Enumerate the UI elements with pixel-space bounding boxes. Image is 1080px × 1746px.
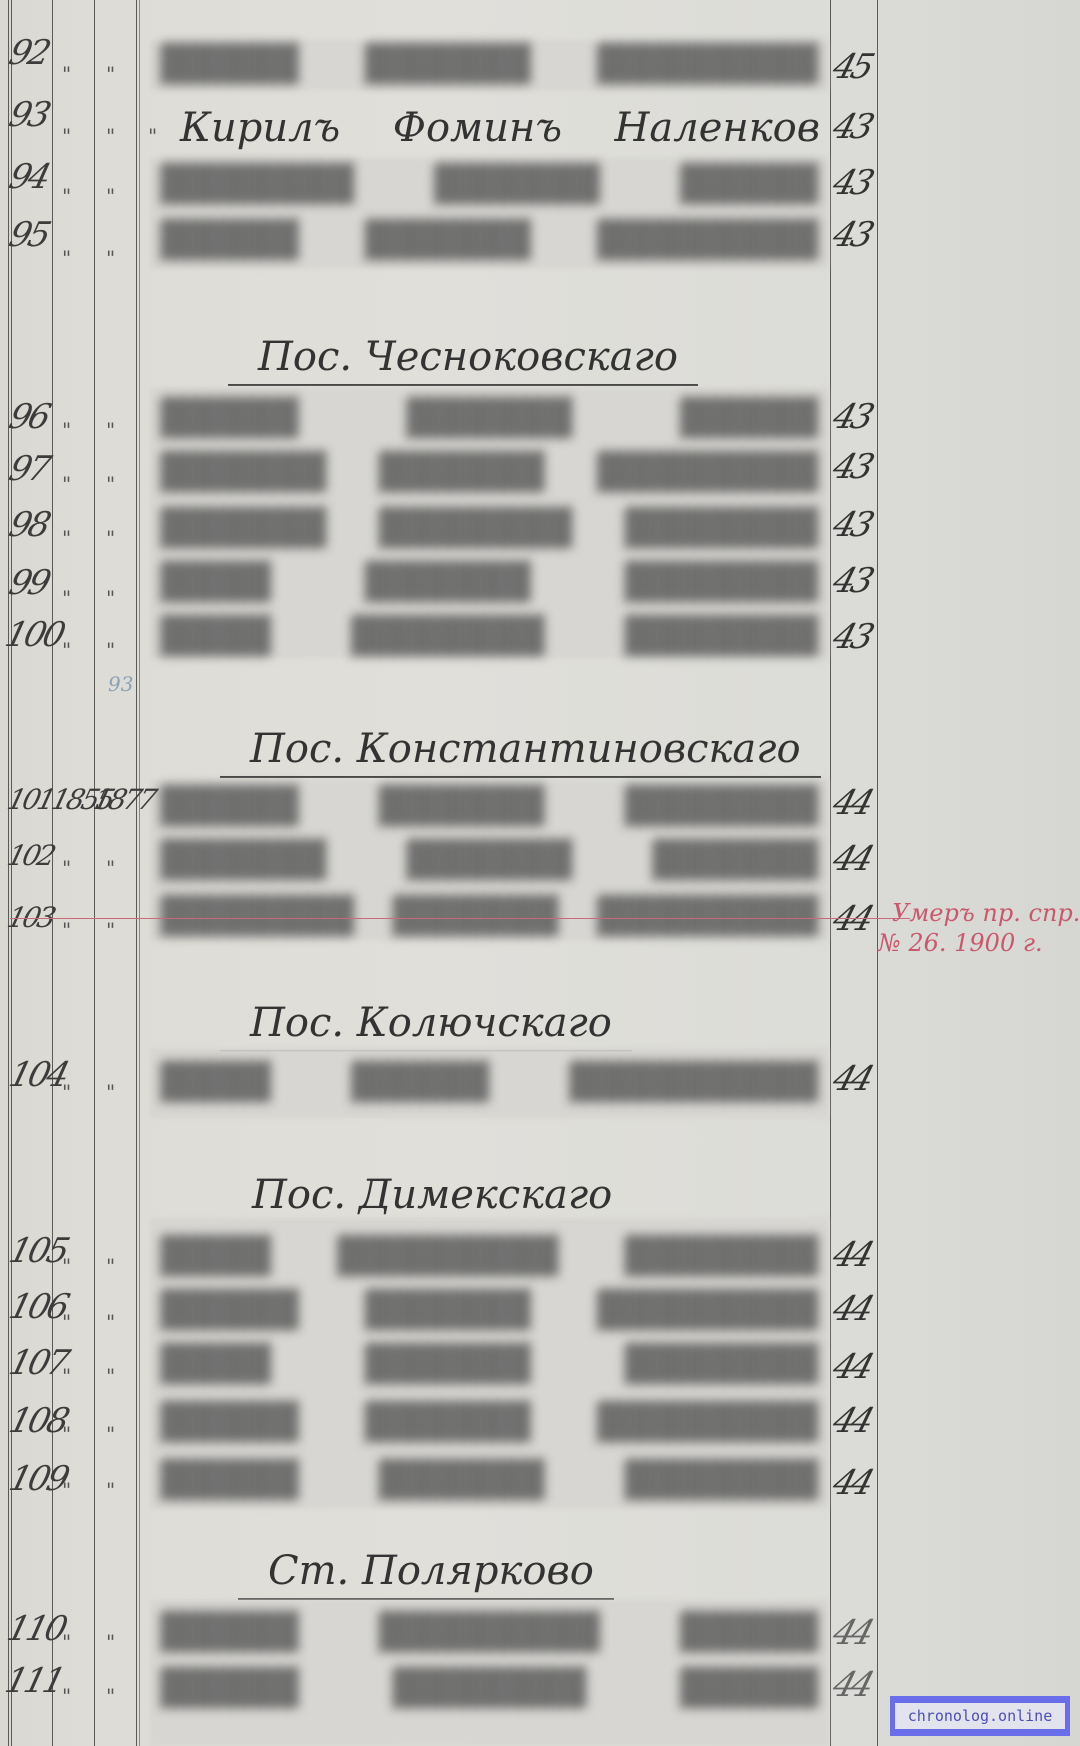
redacted-name: ▓▓▓▓▓ ▓▓▓▓▓▓▓ ▓▓▓▓▓ <box>150 1666 828 1710</box>
ditto-birth: " <box>62 1480 71 1500</box>
ditto-birth: " <box>62 186 71 206</box>
ditto-year: " <box>106 1686 115 1706</box>
section-header: Пос. Димекскаго <box>222 1172 632 1224</box>
ditto-year: " <box>106 1632 115 1652</box>
row-number: 106 <box>6 1290 70 1324</box>
ditto-year: " <box>106 64 115 84</box>
section-header: Пос. Колючскаго <box>220 1000 632 1052</box>
age-value: 43 <box>829 166 874 200</box>
age-value: 44 <box>829 786 874 820</box>
person-name: Кирилъ Фоминъ Наленков <box>160 106 820 150</box>
row-number: 96 <box>6 400 52 434</box>
age-value: 43 <box>829 400 874 434</box>
age-value: 44 <box>829 1404 874 1438</box>
age-value: 44 <box>829 1292 874 1326</box>
age-value: 43 <box>829 450 874 484</box>
row-number: 102 <box>5 842 56 870</box>
redacted-name: ▓▓▓▓▓ ▓▓▓▓▓▓ ▓▓▓▓▓▓▓▓ <box>150 42 828 86</box>
age-value: 43 <box>829 110 874 144</box>
redacted-name: ▓▓▓▓ ▓▓▓▓▓▓ ▓▓▓▓▓▓▓ <box>150 1342 828 1386</box>
column-rule-year-double <box>139 0 140 1746</box>
section-header: Ст. Полярково <box>238 1548 614 1600</box>
row-number: 108 <box>6 1404 70 1438</box>
watermark-text: chronolog.online <box>895 1703 1065 1729</box>
ditto-birth: " <box>62 126 71 146</box>
ditto-year: " <box>106 126 115 146</box>
ditto-year: " <box>106 248 115 268</box>
row-number: 99 <box>6 566 52 600</box>
entry-year: 1877 <box>91 786 157 814</box>
row-number: 105 <box>6 1234 70 1268</box>
ditto-birth: " <box>62 1686 71 1706</box>
redacted-name: ▓▓▓▓▓▓▓ ▓▓▓▓▓▓ ▓▓▓▓▓ <box>150 162 828 206</box>
ditto-birth: " <box>62 920 71 940</box>
redacted-name: ▓▓▓▓▓▓ ▓▓▓▓▓▓▓ ▓▓▓▓▓▓▓ <box>150 506 828 550</box>
ditto-year: " <box>106 588 115 608</box>
ditto-year: " <box>106 920 115 940</box>
ditto-birth: " <box>62 858 71 878</box>
ditto-year: " <box>106 1366 115 1386</box>
redacted-name: ▓▓▓▓▓ ▓▓▓▓▓▓ ▓▓▓▓▓▓▓▓ <box>150 1400 828 1444</box>
section-header: Пос. Константиновскаго <box>220 726 821 778</box>
ditto-birth: " <box>62 588 71 608</box>
ditto-birth: " <box>62 248 71 268</box>
row-number: 107 <box>6 1346 70 1380</box>
row-number: 101 <box>5 786 56 814</box>
row-number: 104 <box>6 1058 70 1092</box>
ditto-birth: " <box>62 1312 71 1332</box>
age-value: 44 <box>829 1668 874 1702</box>
ditto-birth: " <box>62 474 71 494</box>
age-value: 44 <box>829 1238 874 1272</box>
row-number: 109 <box>6 1462 70 1496</box>
redacted-name: ▓▓▓▓▓ ▓▓▓▓▓▓ ▓▓▓▓▓▓▓▓ <box>150 218 828 262</box>
ditto-birth: " <box>62 1632 71 1652</box>
row-number: 94 <box>6 160 52 194</box>
row-number: 92 <box>6 36 52 70</box>
redacted-name: ▓▓▓▓ ▓▓▓▓▓▓▓▓ ▓▓▓▓▓▓▓ <box>150 1234 828 1278</box>
ditto-year: " <box>106 1082 115 1102</box>
row-number: 93 <box>6 98 52 132</box>
ditto-year: " <box>106 1480 115 1500</box>
ditto-year: " <box>106 1312 115 1332</box>
ditto-year: " <box>106 1256 115 1276</box>
ditto-birth: " <box>62 1366 71 1386</box>
column-rule-year <box>136 0 137 1746</box>
age-value: 44 <box>829 1616 874 1650</box>
redacted-name: ▓▓▓▓▓ ▓▓▓▓▓▓ ▓▓▓▓▓▓▓▓ <box>150 1288 828 1332</box>
age-value: 44 <box>829 1350 874 1384</box>
row-number: 111 <box>2 1664 66 1698</box>
ditto-year: " <box>106 186 115 206</box>
redacted-name: ▓▓▓▓ ▓▓▓▓▓ ▓▓▓▓▓▓▓▓▓ <box>150 1060 828 1104</box>
redacted-name: ▓▓▓▓▓ ▓▓▓▓▓▓ ▓▓▓▓▓▓▓ <box>150 1458 828 1502</box>
age-value: 44 <box>829 1062 874 1096</box>
row-number: 100 <box>2 618 66 652</box>
age-value: 44 <box>829 842 874 876</box>
watermark-badge: chronolog.online <box>890 1696 1070 1736</box>
redacted-name: ▓▓▓▓▓ ▓▓▓▓▓▓ ▓▓▓▓▓▓▓ <box>150 784 828 828</box>
redacted-name: ▓▓▓▓▓ ▓▓▓▓▓▓ ▓▓▓▓▓ <box>150 396 828 440</box>
ditto-birth: " <box>62 1256 71 1276</box>
pencil-annotation: 93 <box>108 672 133 696</box>
redacted-name: ▓▓▓▓▓▓▓ ▓▓▓▓▓▓ ▓▓▓▓▓▓▓▓ <box>150 898 828 934</box>
column-rule-birth <box>94 0 95 1746</box>
age-value: 43 <box>829 620 874 654</box>
ditto-birth: " <box>62 1082 71 1102</box>
age-value: 43 <box>829 508 874 542</box>
row-number: 110 <box>4 1612 68 1646</box>
ditto-birth: " <box>62 528 71 548</box>
row-number: 95 <box>6 218 52 252</box>
ditto-year: " <box>106 528 115 548</box>
ditto-year: " <box>106 1424 115 1444</box>
redacted-name: ▓▓▓▓▓▓ ▓▓▓▓▓▓ ▓▓▓▓▓▓ <box>150 838 828 882</box>
death-annotation: Умеръ пр. спр. № 26. 1900 г. <box>892 898 1080 958</box>
ditto-year: " <box>106 420 115 440</box>
ditto-birth: " <box>62 64 71 84</box>
redacted-name: ▓▓▓▓▓ ▓▓▓▓▓▓▓▓ ▓▓▓▓▓ <box>150 1610 828 1654</box>
ditto-birth: " <box>62 1424 71 1444</box>
red-strikethrough <box>10 918 910 919</box>
age-value: 44 <box>829 902 874 936</box>
redacted-name: ▓▓▓▓ ▓▓▓▓▓▓▓ ▓▓▓▓▓▓▓ <box>150 614 828 658</box>
row-number: 98 <box>6 508 52 542</box>
age-value: 44 <box>829 1466 874 1500</box>
section-header: Пос. Чесноковскаго <box>228 334 698 386</box>
redacted-name: ▓▓▓▓ ▓▓▓▓▓▓ ▓▓▓▓▓▓▓ <box>150 560 828 604</box>
ditto-birth: " <box>62 420 71 440</box>
age-value: 45 <box>829 50 874 84</box>
ditto-year: " <box>106 858 115 878</box>
row-number: 97 <box>6 452 52 486</box>
ditto-year: " <box>106 474 115 494</box>
age-value: 43 <box>829 564 874 598</box>
ditto-year: " <box>106 640 115 660</box>
redacted-name: ▓▓▓▓▓▓ ▓▓▓▓▓▓ ▓▓▓▓▓▓▓▓ <box>150 450 828 494</box>
column-rule-age-right <box>877 0 878 1746</box>
ditto-birth: " <box>62 640 71 660</box>
age-value: 43 <box>829 218 874 252</box>
